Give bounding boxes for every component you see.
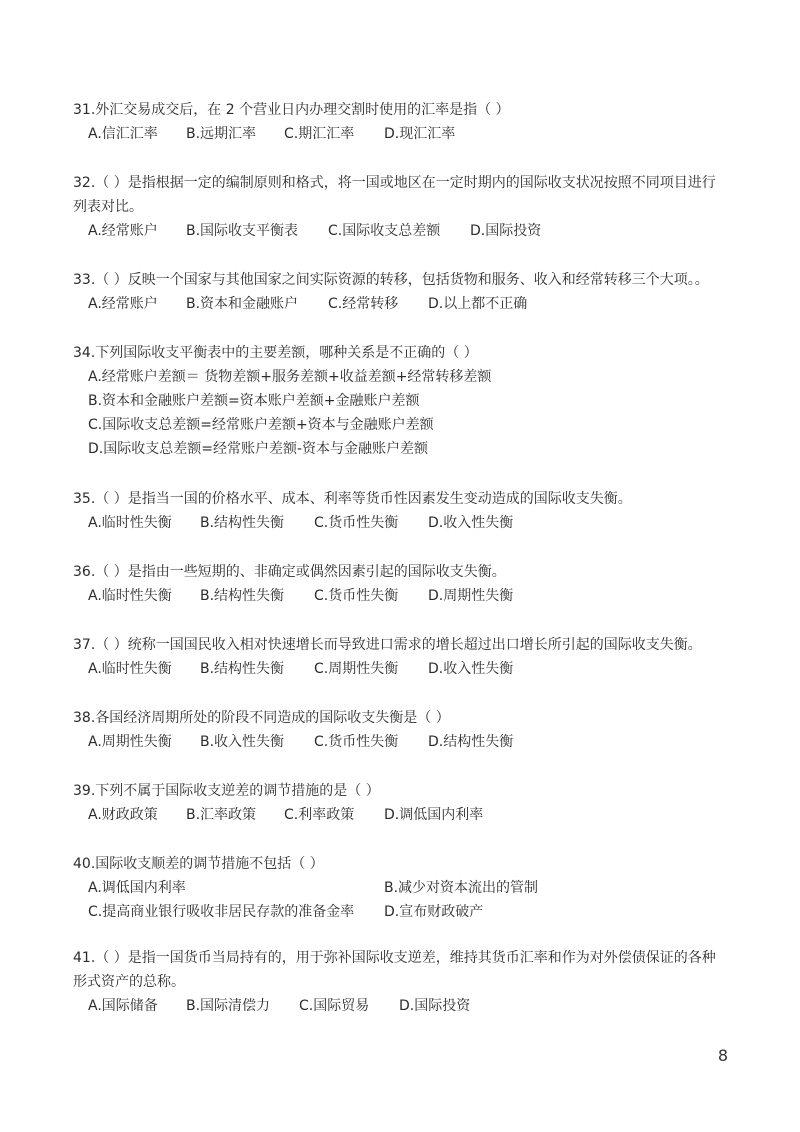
question-stem: 38.各国经济周期所处的阶段不同造成的国际收支失衡是（ ） [73, 706, 733, 730]
question-39: 39.下列不属于国际收支逆差的调节措施的是（ ） A.财政政策 B.汇率政策 C… [73, 779, 733, 827]
option-a: A.国际储备 [88, 994, 158, 1018]
option-c: C.货币性失衡 [314, 511, 398, 535]
question-stem: 36.（ ）是指由一些短期的、非确定或偶然因素引起的国际收支失衡。 [73, 560, 733, 584]
question-stem: 35.（ ）是指当一国的价格水平、成本、利率等货币性因素发生变动造成的国际收支失… [73, 487, 733, 511]
option-c: C.国际收支总差额 [328, 219, 440, 243]
option-c: C.货币性失衡 [314, 730, 398, 754]
option-a: A.经常账户 [88, 292, 158, 316]
option-a: A.信汇汇率 [88, 122, 158, 146]
option-a: A.经常账户 [88, 219, 158, 243]
option-a: A.临时性失衡 [88, 657, 172, 681]
question-37: 37.（ ）统称一国国民收入相对快速增长而导致进口需求的增长超过出口增长所引起的… [73, 633, 733, 681]
option-d: D.结构性失衡 [428, 730, 513, 754]
question-38: 38.各国经济周期所处的阶段不同造成的国际收支失衡是（ ） A.周期性失衡 B.… [73, 706, 733, 754]
option-c: C.货币性失衡 [314, 584, 398, 608]
question-stem: 34.下列国际收支平衡表中的主要差额，哪种关系是不正确的（ ） [73, 341, 733, 365]
options-row: A.财政政策 B.汇率政策 C.利率政策 D.调低国内利率 [73, 803, 733, 827]
option-b: B.国际收支平衡表 [186, 219, 298, 243]
question-34: 34.下列国际收支平衡表中的主要差额，哪种关系是不正确的（ ） A.经常账户差额… [73, 341, 733, 461]
option-d: D.收入性失衡 [428, 657, 513, 681]
option-d: D.收入性失衡 [428, 511, 513, 535]
options-row: A.周期性失衡 B.收入性失衡 C.货币性失衡 D.结构性失衡 [73, 730, 733, 754]
option-b: B.汇率政策 [186, 803, 256, 827]
options-row: A.临时性失衡 B.结构性失衡 C.货币性失衡 D.收入性失衡 [73, 511, 733, 535]
question-stem: 39.下列不属于国际收支逆差的调节措施的是（ ） [73, 779, 733, 803]
option-a: A.周期性失衡 [88, 730, 172, 754]
option-a: A.临时性失衡 [88, 584, 172, 608]
option-c: C.期汇汇率 [284, 122, 354, 146]
option-c: C.周期性失衡 [314, 657, 398, 681]
question-32: 32.（ ）是指根据一定的编制原则和格式，将一国或地区在一定时期内的国际收支状况… [73, 171, 733, 243]
options-row-1: A.调低国内利率 B.减少对资本流出的管制 [73, 876, 733, 900]
option-a: A.财政政策 [88, 803, 158, 827]
option-b: B.资本和金融账户差额=资本账户差额+金融账户差额 [73, 389, 733, 413]
question-stem: 40.国际收支顺差的调节措施不包括（ ） [73, 852, 733, 876]
option-d: D.周期性失衡 [428, 584, 513, 608]
option-d: D.宣布财政破产 [384, 900, 483, 924]
option-d: D.国际收支总差额=经常账户差额-资本与金融账户差额 [73, 437, 733, 461]
option-b: B.资本和金融账户 [186, 292, 298, 316]
question-stem: 37.（ ）统称一国国民收入相对快速增长而导致进口需求的增长超过出口增长所引起的… [73, 633, 733, 657]
options-row: A.经常账户 B.国际收支平衡表 C.国际收支总差额 D.国际投资 [73, 219, 733, 243]
options-list: A.经常账户差额＝ 货物差额+服务差额+收益差额+经常转移差额 B.资本和金融账… [73, 365, 733, 461]
question-33: 33.（ ）反映一个国家与其他国家之间实际资源的转移，包括货物和服务、收入和经常… [73, 268, 733, 316]
option-c: C.提高商业银行吸收非居民存款的准备金率 [88, 900, 354, 924]
question-40: 40.国际收支顺差的调节措施不包括（ ） A.调低国内利率 B.减少对资本流出的… [73, 852, 733, 924]
question-stem: 31.外汇交易成交后，在 2 个营业日内办理交割时使用的汇率是指（ ） [73, 98, 733, 122]
option-d: D.以上都不正确 [428, 292, 527, 316]
option-b: B.远期汇率 [186, 122, 256, 146]
options-row: A.国际储备 B.国际清偿力 C.国际贸易 D.国际投资 [73, 994, 733, 1018]
options-row: A.经常账户 B.资本和金融账户 C.经常转移 D.以上都不正确 [73, 292, 733, 316]
page-number: 8 [718, 1046, 728, 1065]
option-a: A.调低国内利率 [88, 876, 186, 900]
question-stem-line-1: 41.（ ）是指一国货币当局持有的，用于弥补国际收支逆差，维持其货币汇率和作为对… [73, 946, 733, 970]
question-36: 36.（ ）是指由一些短期的、非确定或偶然因素引起的国际收支失衡。 A.临时性失… [73, 560, 733, 608]
option-a: A.临时性失衡 [88, 511, 172, 535]
option-d: D.调低国内利率 [384, 803, 483, 827]
question-stem-line-2: 形式资产的总称。 [73, 970, 733, 994]
question-35: 35.（ ）是指当一国的价格水平、成本、利率等货币性因素发生变动造成的国际收支失… [73, 487, 733, 535]
option-b: B.结构性失衡 [200, 584, 284, 608]
option-d: D.国际投资 [399, 994, 470, 1018]
option-b: B.收入性失衡 [200, 730, 284, 754]
option-c: C.国际收支总差额=经常账户差额+资本与金融账户差额 [73, 413, 733, 437]
options-row: A.临时性失衡 B.结构性失衡 C.货币性失衡 D.周期性失衡 [73, 584, 733, 608]
document-page: 31.外汇交易成交后，在 2 个营业日内办理交割时使用的汇率是指（ ） A.信汇… [0, 0, 800, 1132]
option-b: B.减少对资本流出的管制 [384, 876, 538, 900]
option-c: C.国际贸易 [299, 994, 369, 1018]
question-31: 31.外汇交易成交后，在 2 个营业日内办理交割时使用的汇率是指（ ） A.信汇… [73, 98, 733, 146]
question-stem: 33.（ ）反映一个国家与其他国家之间实际资源的转移，包括货物和服务、收入和经常… [73, 268, 733, 292]
option-b: B.结构性失衡 [200, 511, 284, 535]
question-41: 41.（ ）是指一国货币当局持有的，用于弥补国际收支逆差，维持其货币汇率和作为对… [73, 946, 733, 1018]
option-d: D.国际投资 [470, 219, 541, 243]
option-b: B.结构性失衡 [200, 657, 284, 681]
option-a: A.经常账户差额＝ 货物差额+服务差额+收益差额+经常转移差额 [73, 365, 733, 389]
option-c: C.经常转移 [328, 292, 398, 316]
question-stem-line-1: 32.（ ）是指根据一定的编制原则和格式，将一国或地区在一定时期内的国际收支状况… [73, 171, 733, 195]
option-d: D.现汇汇率 [384, 122, 455, 146]
question-stem-line-2: 列表对比。 [73, 195, 733, 219]
option-b: B.国际清偿力 [186, 994, 270, 1018]
option-c: C.利率政策 [284, 803, 354, 827]
options-row: A.信汇汇率 B.远期汇率 C.期汇汇率 D.现汇汇率 [73, 122, 733, 146]
options-row-2: C.提高商业银行吸收非居民存款的准备金率 D.宣布财政破产 [73, 900, 733, 924]
options-row: A.临时性失衡 B.结构性失衡 C.周期性失衡 D.收入性失衡 [73, 657, 733, 681]
